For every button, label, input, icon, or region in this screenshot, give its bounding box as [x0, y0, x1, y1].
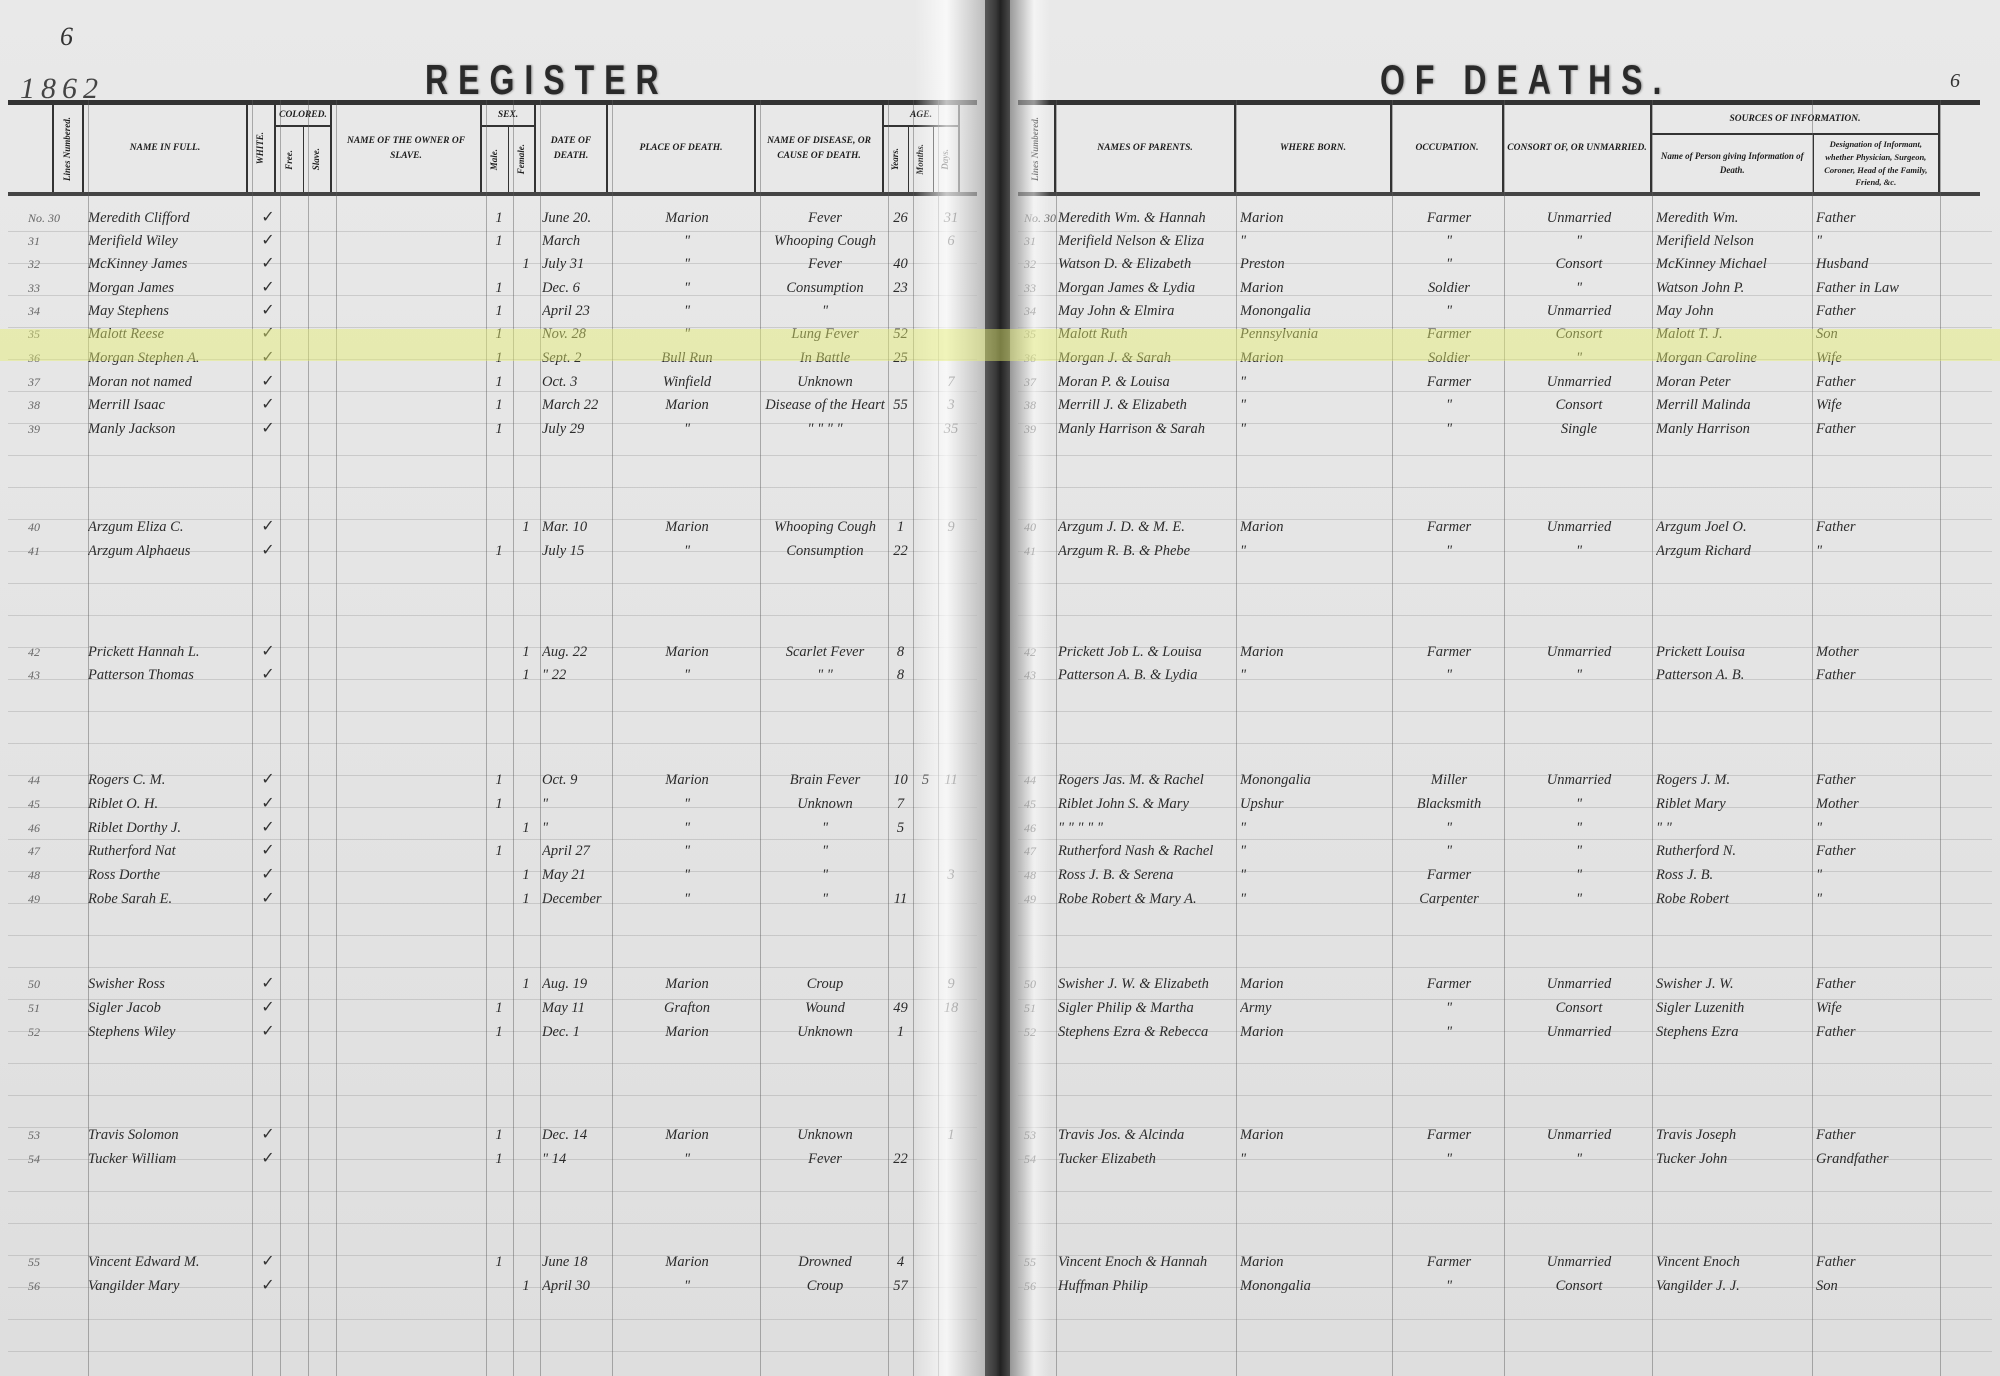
cell-line: 52: [1024, 1020, 1056, 1044]
cell-place: ": [616, 863, 758, 887]
cell-informant: Swisher J. W.: [1656, 972, 1812, 996]
cell-occupation: Soldier: [1394, 346, 1504, 370]
right-entry-row: 37Moran P. & Louisa"FarmerUnmarriedMoran…: [1010, 370, 2000, 394]
cell-occupation: ": [1394, 539, 1504, 563]
cell-date: March 22: [542, 393, 612, 417]
left-entry-row: 50Swisher Ross✓1Aug. 19MarionCroup9: [0, 972, 985, 996]
cell-male: 1: [486, 839, 512, 863]
right-entries: No. 30Meredith Wm. & HannahMarionFarmerU…: [1010, 0, 2000, 1376]
cell-white: ✓: [255, 663, 281, 687]
cell-years: 22: [888, 1147, 913, 1171]
cell-line: 44: [28, 768, 88, 792]
cell-place: Winfield: [616, 370, 758, 394]
cell-informant: Malott T. J.: [1656, 322, 1812, 346]
cell-parents: Meredith Wm. & Hannah: [1058, 206, 1236, 230]
cell-cause: " ": [762, 663, 888, 687]
cell-date: June 20.: [542, 206, 612, 230]
cell-informant: Moran Peter: [1656, 370, 1812, 394]
cell-male: 1: [486, 539, 512, 563]
cell-line: 46: [28, 816, 88, 840]
cell-date: May 21: [542, 863, 612, 887]
cell-place: Marion: [616, 1250, 758, 1274]
cell-born: ": [1240, 816, 1390, 840]
cell-place: ": [616, 322, 758, 346]
cell-cause: Fever: [762, 1147, 888, 1171]
left-entry-row: 54Tucker William✓1" 14"Fever22: [0, 1147, 985, 1171]
cell-name: Travis Solomon: [88, 1123, 253, 1147]
left-entry-row: 56Vangilder Mary✓1April 30"Croup57: [0, 1274, 985, 1298]
cell-white: ✓: [255, 640, 281, 664]
right-entry-row: 31Merifield Nelson & Eliza"""Merifield N…: [1010, 229, 2000, 253]
cell-informant: May John: [1656, 299, 1812, 323]
cell-years: 8: [888, 663, 913, 687]
cell-cause: ": [762, 887, 888, 911]
cell-line: 45: [28, 792, 88, 816]
cell-designation: Grandfather: [1816, 1147, 1940, 1171]
cell-place: Marion: [616, 393, 758, 417]
cell-line: 48: [28, 863, 88, 887]
cell-born: Marion: [1240, 346, 1390, 370]
cell-cause: ": [762, 299, 888, 323]
cell-occupation: Blacksmith: [1394, 792, 1504, 816]
cell-years: 7: [888, 792, 913, 816]
cell-consort: ": [1506, 816, 1652, 840]
cell-designation: Father: [1816, 839, 1940, 863]
cell-place: Marion: [616, 972, 758, 996]
left-entry-row: 49Robe Sarah E.✓1December""11: [0, 887, 985, 911]
cell-consort: Consort: [1506, 996, 1652, 1020]
cell-designation: Father in Law: [1816, 276, 1940, 300]
left-entry-row: 32McKinney James✓1July 31"Fever40: [0, 252, 985, 276]
cell-place: ": [616, 1147, 758, 1171]
right-entry-row: 55Vincent Enoch & HannahMarionFarmerUnma…: [1010, 1250, 2000, 1274]
cell-place: Marion: [616, 640, 758, 664]
cell-white: ✓: [255, 792, 281, 816]
cell-years: 8: [888, 640, 913, 664]
cell-informant: Morgan Caroline: [1656, 346, 1812, 370]
cell-white: ✓: [255, 515, 281, 539]
left-entry-row: 35Malott Reese✓1Nov. 28"Lung Fever52: [0, 322, 985, 346]
cell-date: June 18: [542, 1250, 612, 1274]
cell-born: ": [1240, 663, 1390, 687]
cell-date: July 15: [542, 539, 612, 563]
cell-consort: ": [1506, 863, 1652, 887]
cell-cause: ": [762, 816, 888, 840]
cell-designation: Father: [1816, 663, 1940, 687]
left-page: 6 1862 REGISTER Lines Numbered. NAME IN …: [0, 0, 986, 1376]
cell-line: 53: [1024, 1123, 1056, 1147]
cell-cause: Unknown: [762, 792, 888, 816]
cell-cause: In Battle: [762, 346, 888, 370]
cell-cause: Whooping Cough: [762, 229, 888, 253]
cell-white: ✓: [255, 863, 281, 887]
cell-line: 54: [28, 1147, 88, 1171]
left-entry-row: 55Vincent Edward M.✓1June 18MarionDrowne…: [0, 1250, 985, 1274]
cell-consort: ": [1506, 229, 1652, 253]
right-entry-row: 44Rogers Jas. M. & RachelMonongaliaMille…: [1010, 768, 2000, 792]
cell-name: Robe Sarah E.: [88, 887, 253, 911]
cell-years: 10: [888, 768, 913, 792]
cell-name: Vangilder Mary: [88, 1274, 253, 1298]
cell-line: 56: [28, 1274, 88, 1298]
cell-consort: Consort: [1506, 322, 1652, 346]
cell-line: 40: [1024, 515, 1056, 539]
right-entry-row: 52Stephens Ezra & RebeccaMarion"Unmarrie…: [1010, 1020, 2000, 1044]
cell-designation: Father: [1816, 206, 1940, 230]
cell-occupation: ": [1394, 252, 1504, 276]
left-entry-row: 37Moran not named✓1Oct. 3WinfieldUnknown…: [0, 370, 985, 394]
cell-consort: ": [1506, 346, 1652, 370]
cell-born: Army: [1240, 996, 1390, 1020]
cell-female: 1: [513, 663, 539, 687]
cell-line: 37: [28, 370, 88, 394]
cell-line: 34: [1024, 299, 1056, 323]
cell-cause: ": [762, 839, 888, 863]
register-of-deaths-ledger: 6 1862 REGISTER Lines Numbered. NAME IN …: [0, 0, 2000, 1376]
cell-place: ": [616, 663, 758, 687]
cell-cause: Lung Fever: [762, 322, 888, 346]
cell-date: ": [542, 816, 612, 840]
cell-line: 50: [28, 972, 88, 996]
cell-consort: Unmarried: [1506, 1123, 1652, 1147]
cell-parents: Robe Robert & Mary A.: [1058, 887, 1236, 911]
cell-line: 49: [1024, 887, 1056, 911]
cell-male: 1: [486, 417, 512, 441]
cell-days: 3: [938, 393, 964, 417]
cell-place: ": [616, 252, 758, 276]
right-entry-row: 32Watson D. & ElizabethPreston"ConsortMc…: [1010, 252, 2000, 276]
right-entry-row: 46" " " " """"" "": [1010, 816, 2000, 840]
right-entry-row: 42Prickett Job L. & LouisaMarionFarmerUn…: [1010, 640, 2000, 664]
cell-white: ✓: [255, 1274, 281, 1298]
cell-line: No. 30: [28, 206, 88, 230]
cell-place: ": [616, 417, 758, 441]
cell-white: ✓: [255, 1123, 281, 1147]
cell-days: 3: [938, 863, 964, 887]
cell-cause: Unknown: [762, 1123, 888, 1147]
cell-male: 1: [486, 276, 512, 300]
right-entry-row: 49Robe Robert & Mary A."Carpenter"Robe R…: [1010, 887, 2000, 911]
cell-born: ": [1240, 839, 1390, 863]
book-spine-gutter: [986, 0, 1010, 1376]
cell-name: Manly Jackson: [88, 417, 253, 441]
cell-name: McKinney James: [88, 252, 253, 276]
cell-designation: ": [1816, 229, 1940, 253]
cell-consort: Unmarried: [1506, 972, 1652, 996]
cell-consort: ": [1506, 663, 1652, 687]
cell-female: 1: [513, 863, 539, 887]
cell-line: 43: [28, 663, 88, 687]
cell-parents: Merrill J. & Elizabeth: [1058, 393, 1236, 417]
cell-line: 54: [1024, 1147, 1056, 1171]
cell-male: 1: [486, 206, 512, 230]
cell-line: 43: [1024, 663, 1056, 687]
cell-designation: Father: [1816, 768, 1940, 792]
cell-date: March: [542, 229, 612, 253]
cell-consort: Unmarried: [1506, 1020, 1652, 1044]
cell-parents: Prickett Job L. & Louisa: [1058, 640, 1236, 664]
cell-line: 40: [28, 515, 88, 539]
cell-days: 35: [938, 417, 964, 441]
cell-name: Riblet Dorthy J.: [88, 816, 253, 840]
cell-designation: Wife: [1816, 996, 1940, 1020]
cell-line: 32: [28, 252, 88, 276]
cell-born: Marion: [1240, 276, 1390, 300]
right-page: 6 OF DEATHS. Lines Numbered. NAMES OF PA…: [1010, 0, 2000, 1376]
cell-line: 51: [28, 996, 88, 1020]
cell-place: Marion: [616, 206, 758, 230]
cell-occupation: Miller: [1394, 768, 1504, 792]
cell-born: ": [1240, 1147, 1390, 1171]
cell-designation: Mother: [1816, 792, 1940, 816]
cell-occupation: Farmer: [1394, 370, 1504, 394]
cell-white: ✓: [255, 996, 281, 1020]
cell-occupation: Soldier: [1394, 276, 1504, 300]
right-entry-row: 39Manly Harrison & Sarah""SingleManly Ha…: [1010, 417, 2000, 441]
cell-designation: Wife: [1816, 393, 1940, 417]
cell-parents: Morgan J. & Sarah: [1058, 346, 1236, 370]
cell-date: Dec. 14: [542, 1123, 612, 1147]
cell-place: Marion: [616, 1020, 758, 1044]
cell-name: Sigler Jacob: [88, 996, 253, 1020]
cell-born: Monongalia: [1240, 299, 1390, 323]
cell-line: 53: [28, 1123, 88, 1147]
cell-days: 18: [938, 996, 964, 1020]
cell-born: Marion: [1240, 1020, 1390, 1044]
cell-male: 1: [486, 393, 512, 417]
cell-parents: Moran P. & Louisa: [1058, 370, 1236, 394]
cell-days: 6: [938, 229, 964, 253]
cell-designation: ": [1816, 816, 1940, 840]
right-entry-row: No. 30Meredith Wm. & HannahMarionFarmerU…: [1010, 206, 2000, 230]
cell-occupation: ": [1394, 1147, 1504, 1171]
cell-line: 51: [1024, 996, 1056, 1020]
cell-line: 44: [1024, 768, 1056, 792]
cell-white: ✓: [255, 839, 281, 863]
cell-date: Aug. 19: [542, 972, 612, 996]
cell-occupation: ": [1394, 816, 1504, 840]
cell-consort: ": [1506, 539, 1652, 563]
cell-designation: Father: [1816, 1250, 1940, 1274]
cell-parents: Stephens Ezra & Rebecca: [1058, 1020, 1236, 1044]
cell-line: 35: [1024, 322, 1056, 346]
cell-years: 52: [888, 322, 913, 346]
left-entry-row: 31Merifield Wiley✓1March"Whooping Cough6: [0, 229, 985, 253]
cell-years: 49: [888, 996, 913, 1020]
cell-consort: Unmarried: [1506, 299, 1652, 323]
cell-informant: Tucker John: [1656, 1147, 1812, 1171]
cell-line: 47: [1024, 839, 1056, 863]
cell-born: ": [1240, 370, 1390, 394]
cell-white: ✓: [255, 276, 281, 300]
cell-consort: Unmarried: [1506, 370, 1652, 394]
cell-place: ": [616, 839, 758, 863]
cell-line: 46: [1024, 816, 1056, 840]
cell-parents: Rutherford Nash & Rachel: [1058, 839, 1236, 863]
cell-name: Vincent Edward M.: [88, 1250, 253, 1274]
cell-consort: Consort: [1506, 1274, 1652, 1298]
cell-cause: Brain Fever: [762, 768, 888, 792]
cell-born: Monongalia: [1240, 1274, 1390, 1298]
cell-informant: Vangilder J. J.: [1656, 1274, 1812, 1298]
cell-occupation: ": [1394, 663, 1504, 687]
cell-days: 31: [938, 206, 964, 230]
cell-date: April 30: [542, 1274, 612, 1298]
cell-designation: Father: [1816, 515, 1940, 539]
cell-born: Pennsylvania: [1240, 322, 1390, 346]
left-entry-row: 52Stephens Wiley✓1Dec. 1MarionUnknown1: [0, 1020, 985, 1044]
right-entry-row: 51Sigler Philip & MarthaArmy"ConsortSigl…: [1010, 996, 2000, 1020]
cell-cause: Disease of the Heart: [762, 393, 888, 417]
cell-occupation: Farmer: [1394, 515, 1504, 539]
cell-parents: Travis Jos. & Alcinda: [1058, 1123, 1236, 1147]
cell-informant: Prickett Louisa: [1656, 640, 1812, 664]
cell-years: 5: [888, 816, 913, 840]
cell-consort: ": [1506, 839, 1652, 863]
cell-informant: Stephens Ezra: [1656, 1020, 1812, 1044]
cell-parents: May John & Elmira: [1058, 299, 1236, 323]
cell-white: ✓: [255, 1250, 281, 1274]
cell-parents: Rogers Jas. M. & Rachel: [1058, 768, 1236, 792]
cell-line: 36: [28, 346, 88, 370]
cell-born: Preston: [1240, 252, 1390, 276]
cell-parents: Malott Ruth: [1058, 322, 1236, 346]
cell-designation: ": [1816, 887, 1940, 911]
cell-female: 1: [513, 640, 539, 664]
cell-line: 41: [1024, 539, 1056, 563]
cell-occupation: Carpenter: [1394, 887, 1504, 911]
cell-female: 1: [513, 1274, 539, 1298]
cell-line: 37: [1024, 370, 1056, 394]
cell-days: 7: [938, 370, 964, 394]
cell-informant: Rutherford N.: [1656, 839, 1812, 863]
cell-days: 1: [938, 1123, 964, 1147]
cell-parents: Huffman Philip: [1058, 1274, 1236, 1298]
cell-cause: Consumption: [762, 276, 888, 300]
cell-white: ✓: [255, 370, 281, 394]
cell-informant: Merifield Nelson: [1656, 229, 1812, 253]
cell-born: Monongalia: [1240, 768, 1390, 792]
cell-years: 11: [888, 887, 913, 911]
cell-white: ✓: [255, 768, 281, 792]
cell-occupation: ": [1394, 839, 1504, 863]
cell-line: 39: [1024, 417, 1056, 441]
right-entry-row: 45Riblet John S. & MaryUpshurBlacksmith"…: [1010, 792, 2000, 816]
cell-date: ": [542, 792, 612, 816]
cell-occupation: Farmer: [1394, 322, 1504, 346]
cell-date: Oct. 9: [542, 768, 612, 792]
cell-occupation: ": [1394, 1020, 1504, 1044]
cell-informant: Arzgum Richard: [1656, 539, 1812, 563]
cell-occupation: Farmer: [1394, 640, 1504, 664]
cell-name: Prickett Hannah L.: [88, 640, 253, 664]
cell-occupation: ": [1394, 299, 1504, 323]
cell-line: 42: [28, 640, 88, 664]
cell-cause: Unknown: [762, 370, 888, 394]
cell-date: Dec. 1: [542, 1020, 612, 1044]
cell-white: ✓: [255, 299, 281, 323]
cell-parents: Arzgum R. B. & Phebe: [1058, 539, 1236, 563]
cell-informant: McKinney Michael: [1656, 252, 1812, 276]
cell-informant: Riblet Mary: [1656, 792, 1812, 816]
cell-male: 1: [486, 1020, 512, 1044]
cell-name: Arzgum Alphaeus: [88, 539, 253, 563]
left-entry-row: 45Riblet O. H.✓1""Unknown7: [0, 792, 985, 816]
cell-born: ": [1240, 229, 1390, 253]
cell-born: ": [1240, 863, 1390, 887]
cell-line: 49: [28, 887, 88, 911]
cell-name: Malott Reese: [88, 322, 253, 346]
cell-place: ": [616, 229, 758, 253]
cell-cause: Croup: [762, 1274, 888, 1298]
cell-consort: Unmarried: [1506, 206, 1652, 230]
cell-born: Marion: [1240, 972, 1390, 996]
cell-informant: Patterson A. B.: [1656, 663, 1812, 687]
left-entry-row: 36Morgan Stephen A.✓1Sept. 2Bull RunIn B…: [0, 346, 985, 370]
cell-informant: Sigler Luzenith: [1656, 996, 1812, 1020]
cell-born: Marion: [1240, 515, 1390, 539]
cell-date: Aug. 22: [542, 640, 612, 664]
cell-name: Stephens Wiley: [88, 1020, 253, 1044]
cell-designation: Father: [1816, 370, 1940, 394]
cell-designation: ": [1816, 863, 1940, 887]
cell-consort: Consort: [1506, 252, 1652, 276]
cell-line: 32: [1024, 252, 1056, 276]
cell-male: 1: [486, 1250, 512, 1274]
cell-cause: Fever: [762, 206, 888, 230]
cell-white: ✓: [255, 346, 281, 370]
left-entry-row: 51Sigler Jacob✓1May 11GraftonWound4918: [0, 996, 985, 1020]
cell-years: 55: [888, 393, 913, 417]
cell-parents: Arzgum J. D. & M. E.: [1058, 515, 1236, 539]
cell-place: ": [616, 539, 758, 563]
cell-cause: Fever: [762, 252, 888, 276]
cell-place: ": [616, 1274, 758, 1298]
cell-consort: Single: [1506, 417, 1652, 441]
cell-date: " 22: [542, 663, 612, 687]
cell-designation: ": [1816, 539, 1940, 563]
cell-born: Marion: [1240, 640, 1390, 664]
left-entry-row: 43Patterson Thomas✓1" 22"" "8: [0, 663, 985, 687]
cell-occupation: ": [1394, 1274, 1504, 1298]
cell-line: 42: [1024, 640, 1056, 664]
cell-years: 57: [888, 1274, 913, 1298]
cell-designation: Son: [1816, 1274, 1940, 1298]
cell-male: 1: [486, 768, 512, 792]
cell-female: 1: [513, 816, 539, 840]
cell-female: 1: [513, 515, 539, 539]
cell-born: Marion: [1240, 206, 1390, 230]
cell-line: 41: [28, 539, 88, 563]
cell-parents: " " " " ": [1058, 816, 1236, 840]
cell-designation: Mother: [1816, 640, 1940, 664]
cell-parents: Riblet John S. & Mary: [1058, 792, 1236, 816]
cell-place: ": [616, 887, 758, 911]
cell-date: May 11: [542, 996, 612, 1020]
left-entry-row: 47Rutherford Nat✓1April 27"": [0, 839, 985, 863]
cell-cause: Drowned: [762, 1250, 888, 1274]
cell-name: Patterson Thomas: [88, 663, 253, 687]
cell-informant: Manly Harrison: [1656, 417, 1812, 441]
cell-years: 26: [888, 206, 913, 230]
cell-male: 1: [486, 229, 512, 253]
cell-years: 40: [888, 252, 913, 276]
left-entry-row: 33Morgan James✓1Dec. 6"Consumption23: [0, 276, 985, 300]
cell-days: 9: [938, 972, 964, 996]
cell-parents: Morgan James & Lydia: [1058, 276, 1236, 300]
cell-white: ✓: [255, 887, 281, 911]
cell-white: ✓: [255, 539, 281, 563]
